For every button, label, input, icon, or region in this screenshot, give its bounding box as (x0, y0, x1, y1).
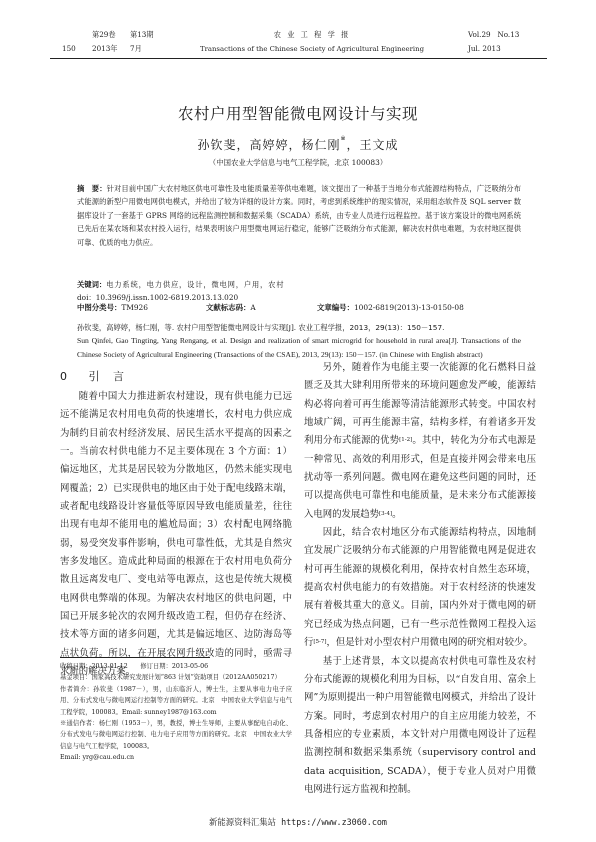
keywords: 关键词：电力系统，电力供应，设计，微电网，户用，农村 doi：10.3969/j… (77, 278, 521, 304)
author-bio: 作者简介：孙钦斐（1987－），男，山东临沂人，博士生，主要从事电力电子应用、分… (60, 684, 292, 718)
reference-3-4[interactable]: [3-4] (379, 511, 392, 517)
intro-paragraph-1: 随着中国大力推进新农村建设，现有供电能力已远远不能满足农村用电负荷的快速增长，农… (60, 388, 292, 682)
doc-code-label: 文献标志码： (206, 303, 250, 312)
footer-watermark[interactable]: 新能源资料汇集站 https://www.z3060.com (0, 816, 596, 828)
clc-number: 中图分类号：TM926 (77, 302, 148, 313)
corresponding-author-mark: ※ (340, 135, 346, 142)
reference-5-7[interactable]: [5-7] (313, 639, 326, 645)
section-heading: 0 引 言 (60, 368, 129, 384)
header-date-en: Jul. 2013 (468, 44, 501, 54)
keywords-text: 电力系统，电力供应，设计，微电网，户用，农村 (106, 280, 284, 289)
section-title: 引 言 (89, 370, 130, 383)
header-vol-no-en: Vol.29 No.13 (468, 30, 519, 40)
header-journal-cn: 农 业 工 程 学 报 (172, 30, 452, 40)
doc-code-value: A (250, 303, 255, 312)
authors-text: 孙钦斐，高婷婷，杨仁刚 (197, 138, 340, 152)
article-number: 文章编号：1002-6819(2013)-13-0150-08 (317, 302, 464, 313)
intro-paragraph-4: 基于上述背景，本文以提高农村供电可靠性及农村分布式能源的规模化利用为目标，以“自… (304, 653, 536, 800)
fund-info: 基金项目：国家高技术研究发展计划“863 计划”资助项目（2012AA05021… (60, 672, 292, 683)
header-page-number: 150 (62, 44, 76, 54)
right-column: 另外，随着作为电能主要一次能源的化石燃料日益匮乏及其大肆利用所带来的环境问题愈发… (304, 359, 536, 799)
footnote-rule (60, 657, 210, 658)
doi-value[interactable]: 10.3969/j.issn.1002-6819.2013.13.020 (96, 293, 238, 302)
abstract-label: 摘 要： (77, 184, 107, 193)
paragraph-text: 另外，随着作为电能主要一次能源的化石燃料日益匮乏及其大肆利用所带来的环境问题愈发… (304, 362, 536, 446)
abstract-text: 针对目前中国广大农村地区供电可靠性及电能质量差等供电难题，该文提出了一种基于当地… (77, 184, 521, 247)
received-dates: 收稿日期：2013-01-12 修订日期：2013-05-06 (60, 661, 292, 672)
corresponding-author: ※通信作者：杨仁刚（1953－），男，教授，博士生导师，主要从事配电自动化、分布… (60, 718, 292, 752)
article-affiliation: （中国农业大学信息与电气工程学院，北京 100083） (0, 157, 596, 168)
intro-paragraph-2: 另外，随着作为电能主要一次能源的化石燃料日益匮乏及其大肆利用所带来的环境问题愈发… (304, 359, 536, 524)
citation-cn: 孙钦斐，高婷婷，杨仁刚，等. 农村户用型智能微电网设计与实现[J]. 农业工程学… (77, 321, 521, 334)
header-rule (50, 58, 547, 59)
article-no-label: 文章编号： (317, 303, 354, 312)
doi-label: doi： (77, 293, 96, 302)
left-column: 随着中国大力推进新农村建设，现有供电能力已远远不能满足农村用电负荷的快速增长，农… (60, 388, 292, 682)
clc-label: 中图分类号： (77, 303, 121, 312)
footnotes: 收稿日期：2013-01-12 修订日期：2013-05-06 基金项目：国家高… (60, 661, 292, 764)
keywords-label: 关键词： (77, 280, 106, 289)
abstract: 摘 要：针对目前中国广大农村地区供电可靠性及电能质量差等供电难题，该文提出了一种… (77, 182, 521, 249)
authors-tail: ，王文成 (347, 138, 399, 152)
document-code: 文献标志码：A (206, 302, 256, 313)
paragraph-text: 。其中，转化为分布式电源是一种常见、高效的利用形式，但是直接并网会带来电压扰动等… (304, 435, 536, 519)
clc-value: TM926 (121, 303, 148, 312)
citation-en: Sun Qinfei, Gao Tingting, Yang Rengang, … (77, 334, 521, 361)
paragraph-text: ，但是针对小型农村户用微电网的研究相对较少。 (327, 637, 533, 648)
corresponding-email[interactable]: Email: yrg@cau.edu.cn (60, 752, 292, 763)
paragraph-text: 因此，结合农村地区分布式能源结构特点，因地制宜发展广泛吸纳分布式能源的户用智能微… (304, 527, 536, 648)
citation-block: 孙钦斐，高婷婷，杨仁刚，等. 农村户用型智能微电网设计与实现[J]. 农业工程学… (77, 321, 521, 361)
article-no-value: 1002-6819(2013)-13-0150-08 (354, 303, 464, 312)
header-month-cn: 7月 (130, 44, 142, 54)
article-title: 农村户用型智能微电网设计与实现 (0, 102, 596, 124)
header-volume-cn: 第29卷 (92, 30, 116, 40)
reference-1-2[interactable]: [1-2] (399, 437, 412, 443)
header-year-cn: 2013年 (92, 44, 117, 54)
header-issue-cn: 第13期 (130, 30, 154, 40)
header-journal-en: Transactions of the Chinese Society of A… (170, 44, 454, 54)
article-authors: 孙钦斐，高婷婷，杨仁刚※，王文成 (0, 136, 596, 153)
section-number: 0 (60, 370, 72, 383)
paragraph-text: 。 (392, 509, 401, 520)
intro-paragraph-3: 因此，结合农村地区分布式能源结构特点，因地制宜发展广泛吸纳分布式能源的户用智能微… (304, 524, 536, 652)
